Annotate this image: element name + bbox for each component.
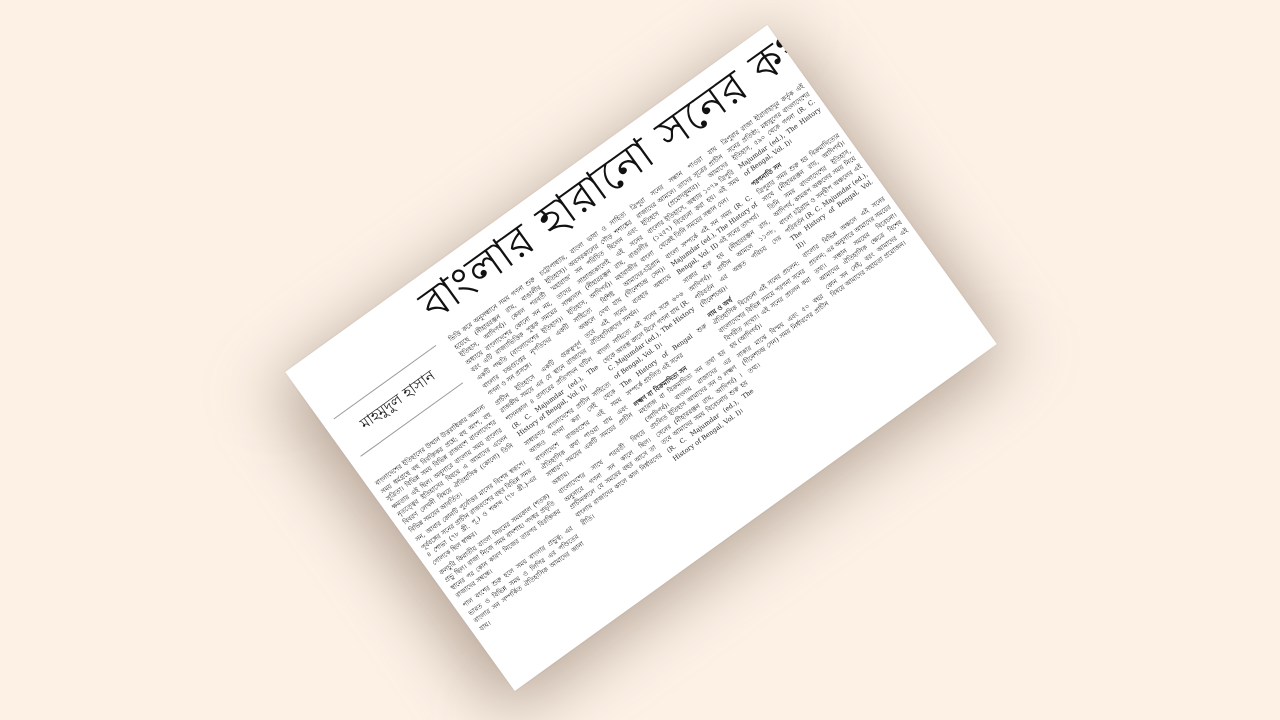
newspaper-clipping: বাংলার হারানো সনের কথা মাহমুদুল হাসান বা…: [285, 25, 997, 691]
